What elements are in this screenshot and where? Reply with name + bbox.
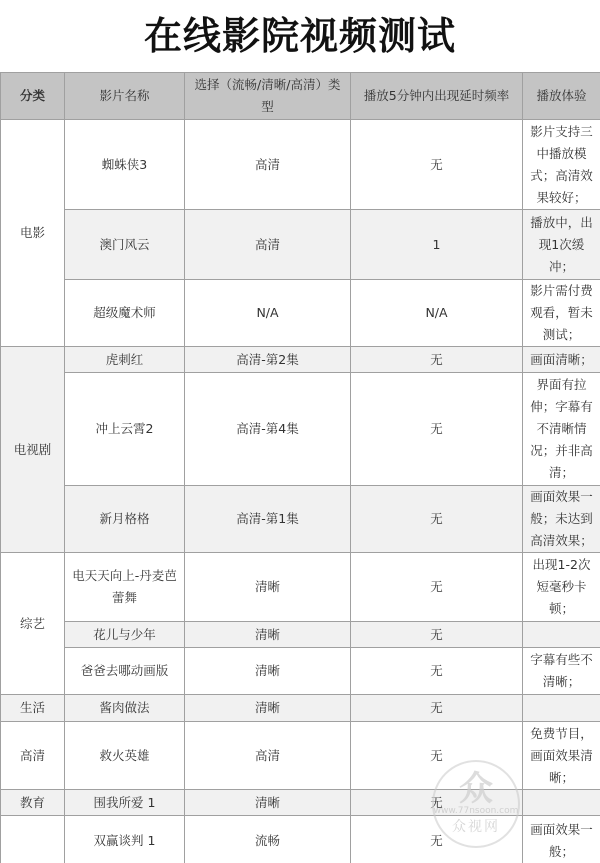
title-cell: 电天天向上-丹麦芭蕾舞: [65, 553, 185, 622]
delay-cell: 无: [351, 790, 523, 816]
delay-cell: 无: [351, 373, 523, 486]
experience-cell: 界面有拉伸；字幕有不清晰情况；并非高清；: [523, 373, 600, 486]
title-cell: 新月格格: [65, 486, 185, 553]
title-cell: 酱肉做法: [65, 695, 185, 722]
title-cell: 救火英雄: [65, 722, 185, 790]
category-cell: 高清: [1, 722, 65, 790]
table-row: 高清 救火英雄 高清 无 免费节目，画面效果清晰；: [1, 722, 600, 790]
experience-cell: 影片支持三中播放模式；高清效果较好；: [523, 120, 600, 210]
title-cell: 蜘蛛侠3: [65, 120, 185, 210]
title-cell: 澳门风云: [65, 210, 185, 280]
table-row: 新月格格 高清-第1集 无 画面效果一般；未达到高清效果；: [1, 486, 600, 553]
experience-cell: 出现1-2次短毫秒卡顿；: [523, 553, 600, 622]
category-cell: 综艺: [1, 553, 65, 695]
title-cell: 花儿与少年: [65, 622, 185, 648]
type-cell: 流畅: [185, 816, 351, 863]
title-cell: 围我所爱 1: [65, 790, 185, 816]
table-row: 电影 蜘蛛侠3 高清 无 影片支持三中播放模式；高清效果较好；: [1, 120, 600, 210]
experience-cell: 播放中，出现1次缓冲；: [523, 210, 600, 280]
title-cell: 冲上云霄2: [65, 373, 185, 486]
table-row: 冲上云霄2 高清-第4集 无 界面有拉伸；字幕有不清晰情况；并非高清；: [1, 373, 600, 486]
title-cell: 超级魔术师: [65, 280, 185, 347]
video-test-table: 分类 影片名称 选择（流畅/清晰/高清）类型 播放5分钟内出现延时频率 播放体验…: [0, 72, 600, 863]
experience-cell: 画面效果一般；: [523, 816, 600, 863]
title-cell: 虎刺红: [65, 347, 185, 373]
header-delay-frequency: 播放5分钟内出现延时频率: [351, 73, 523, 120]
delay-cell: 1: [351, 210, 523, 280]
title-cell: 双赢谈判 1: [65, 816, 185, 863]
title-cell: 爸爸去哪动画版: [65, 648, 185, 695]
delay-cell: 无: [351, 347, 523, 373]
table-row: 教育 围我所爱 1 清晰 无: [1, 790, 600, 816]
header-quality-type: 选择（流畅/清晰/高清）类型: [185, 73, 351, 120]
experience-cell: [523, 622, 600, 648]
experience-cell: [523, 695, 600, 722]
page-title: 在线影院视频测试: [0, 8, 600, 64]
header-experience: 播放体验: [523, 73, 600, 120]
category-cell: 教育: [1, 790, 65, 816]
table-row: 爸爸去哪动画版 清晰 无 字幕有些不清晰；: [1, 648, 600, 695]
table-row: 超级魔术师 N/A N/A 影片需付费观看，暂未测试；: [1, 280, 600, 347]
type-cell: 高清: [185, 120, 351, 210]
header-title: 影片名称: [65, 73, 185, 120]
delay-cell: 无: [351, 622, 523, 648]
category-cell: [1, 816, 65, 863]
table-row: 双赢谈判 1 流畅 无 画面效果一般；: [1, 816, 600, 863]
table-row: 综艺 电天天向上-丹麦芭蕾舞 清晰 无 出现1-2次短毫秒卡顿；: [1, 553, 600, 622]
experience-cell: [523, 790, 600, 816]
category-cell: 电影: [1, 120, 65, 347]
type-cell: 高清: [185, 722, 351, 790]
type-cell: 清晰: [185, 553, 351, 622]
experience-cell: 画面效果一般；未达到高清效果；: [523, 486, 600, 553]
table-row: 花儿与少年 清晰 无: [1, 622, 600, 648]
delay-cell: 无: [351, 816, 523, 863]
type-cell: 清晰: [185, 648, 351, 695]
experience-cell: 影片需付费观看，暂未测试；: [523, 280, 600, 347]
delay-cell: 无: [351, 695, 523, 722]
delay-cell: 无: [351, 120, 523, 210]
delay-cell: N/A: [351, 280, 523, 347]
type-cell: 高清: [185, 210, 351, 280]
table-row: 澳门风云 高清 1 播放中，出现1次缓冲；: [1, 210, 600, 280]
type-cell: 清晰: [185, 695, 351, 722]
type-cell: 高清-第4集: [185, 373, 351, 486]
type-cell: 清晰: [185, 790, 351, 816]
header-category: 分类: [1, 73, 65, 120]
category-cell: 生活: [1, 695, 65, 722]
type-cell: N/A: [185, 280, 351, 347]
category-cell: 电视剧: [1, 347, 65, 553]
experience-cell: 免费节目，画面效果清晰；: [523, 722, 600, 790]
delay-cell: 无: [351, 553, 523, 622]
experience-cell: 字幕有些不清晰；: [523, 648, 600, 695]
table-row: 生活 酱肉做法 清晰 无: [1, 695, 600, 722]
delay-cell: 无: [351, 648, 523, 695]
type-cell: 高清-第2集: [185, 347, 351, 373]
delay-cell: 无: [351, 722, 523, 790]
experience-cell: 画面清晰；: [523, 347, 600, 373]
table-row: 电视剧 虎刺红 高清-第2集 无 画面清晰；: [1, 347, 600, 373]
type-cell: 高清-第1集: [185, 486, 351, 553]
type-cell: 清晰: [185, 622, 351, 648]
delay-cell: 无: [351, 486, 523, 553]
table-header-row: 分类 影片名称 选择（流畅/清晰/高清）类型 播放5分钟内出现延时频率 播放体验: [1, 73, 600, 120]
